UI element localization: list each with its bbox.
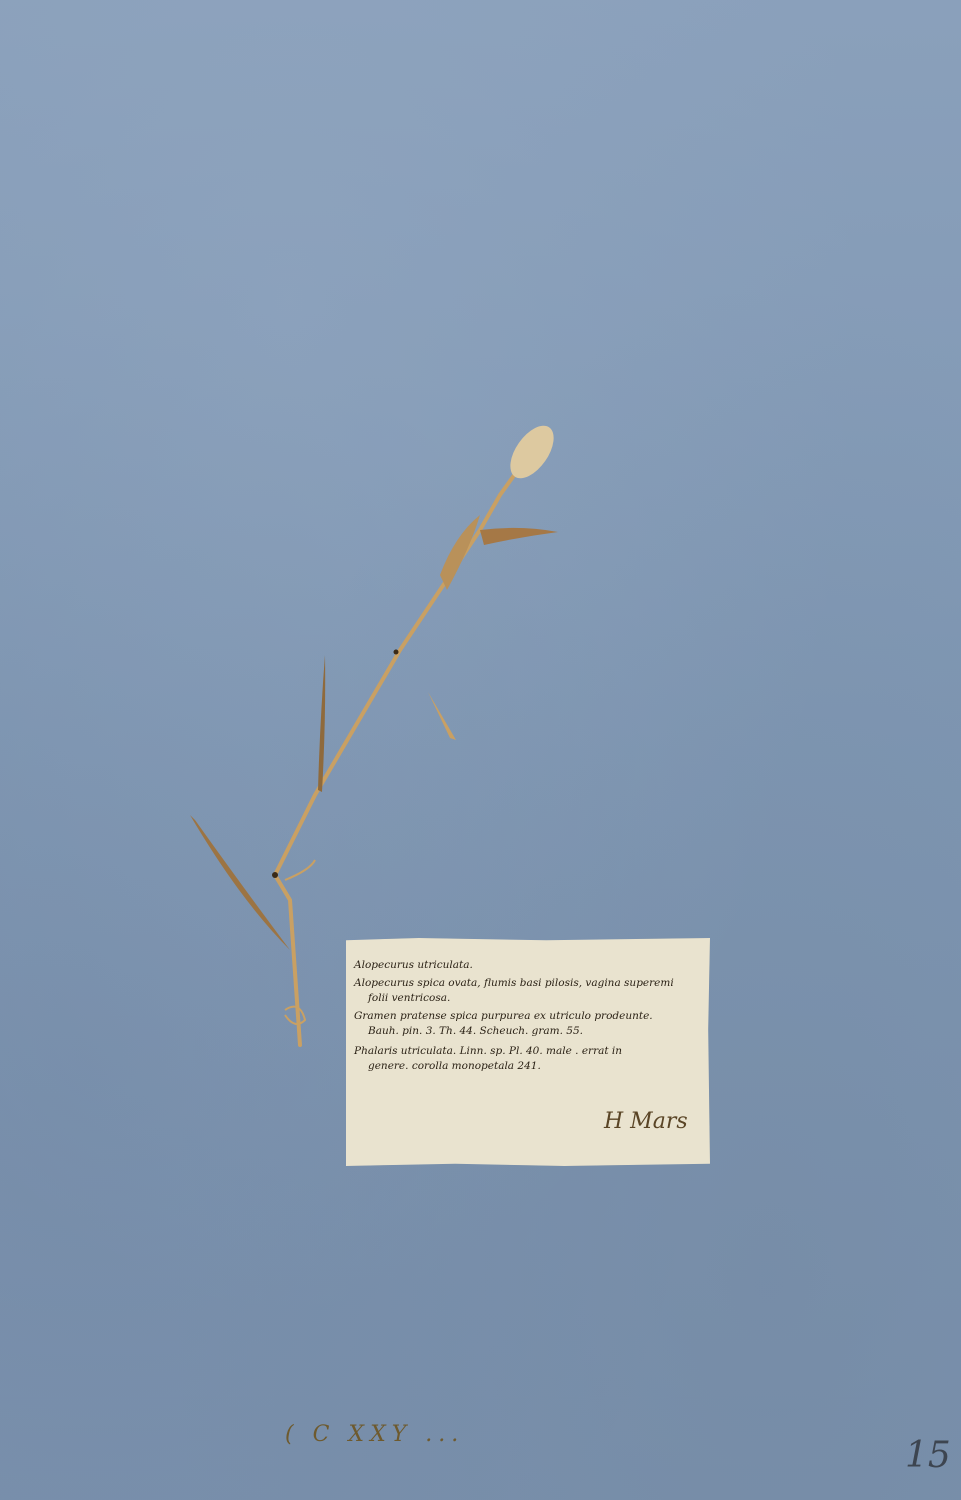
grass-specimen [0, 0, 961, 1500]
herbarium-sheet: Alopecurus utriculata. Alopecurus spica … [0, 0, 961, 1500]
label-line-taxon: Alopecurus utriculata. [354, 958, 473, 973]
pencil-annotation: ( C XXY ... [285, 1422, 464, 1447]
label-line-synonym: Gramen pratense spica purpurea ex utricu… [354, 1009, 653, 1024]
label-line-linnaeus-cont: genere. corolla monopetala 241. [368, 1059, 541, 1074]
page-number: 15 [905, 1435, 951, 1476]
label-line-diagnosis: Alopecurus spica ovata, flumis basi pilo… [354, 976, 674, 991]
specimen-label: Alopecurus utriculata. Alopecurus spica … [346, 938, 710, 1166]
label-line-reference: Bauh. pin. 3. Th. 44. Scheuch. gram. 55. [368, 1024, 583, 1039]
label-line-linnaeus: Phalaris utriculata. Linn. sp. Pl. 40. m… [354, 1044, 622, 1059]
label-line-diagnosis-cont: folii ventricosa. [368, 991, 450, 1006]
collector-signature: H Mars [604, 1114, 688, 1129]
